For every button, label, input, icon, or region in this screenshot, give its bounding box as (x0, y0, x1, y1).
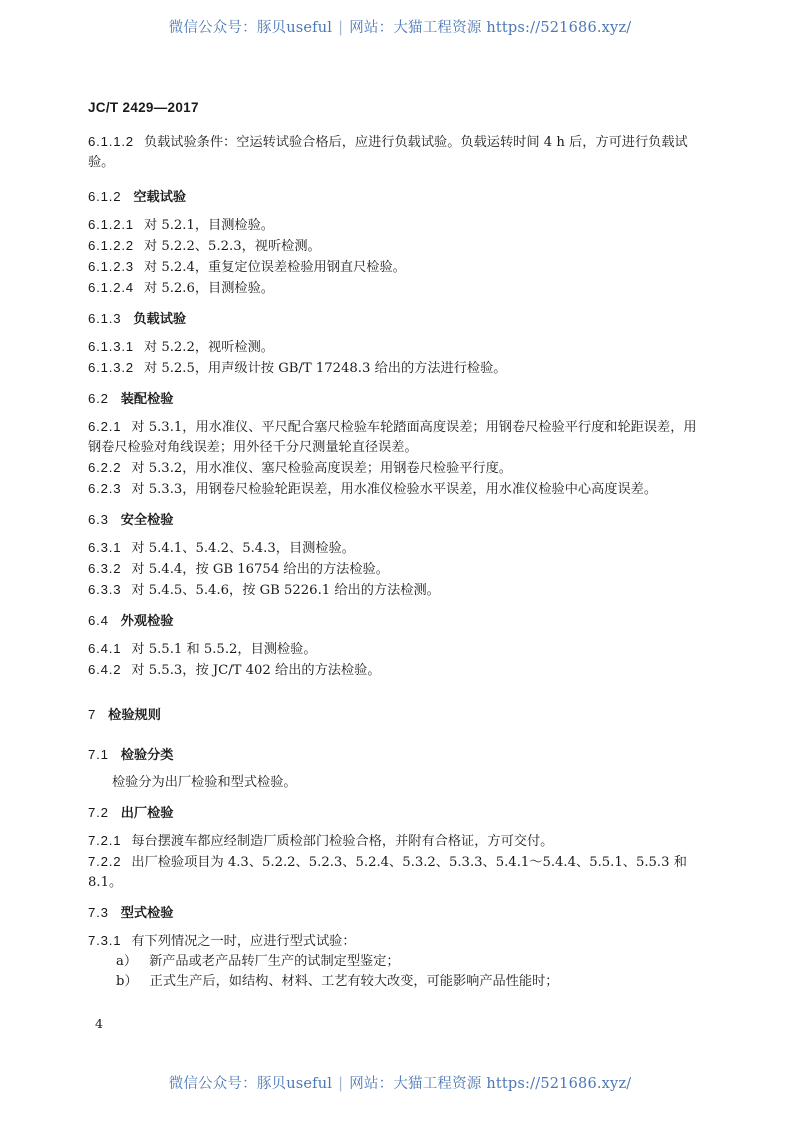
clause-6-2-1: 6.2.1对 5.3.1，用水准仪、平尺配合塞尺检验车轮踏面高度误差；用钢卷尺检… (88, 417, 708, 458)
clause-6-1-2-2: 6.1.2.2对 5.2.2、5.2.3，视听检测。 (88, 236, 708, 257)
watermark-top: 微信公众号：豚贝useful|网站：大猫工程资源 https://521686.… (0, 16, 800, 37)
clause-6-1-1-2: 6.1.1.2负载试验条件：空运转试验合格后，应进行负载试验。负载运转时间 4 … (88, 132, 708, 173)
page-number: 4 (95, 1016, 103, 1031)
watermark-wechat-text: 微信公众号：豚贝useful (169, 20, 333, 36)
clause-6-4-2: 6.4.2对 5.5.3，按 JC/T 402 给出的方法检验。 (88, 660, 708, 681)
clause-6-3-2: 6.3.2对 5.4.4，按 GB 16754 给出的方法检验。 (88, 559, 708, 580)
watermark-separator: | (338, 20, 343, 36)
heading-7: 7检验规则 (88, 705, 708, 725)
clause-6-1-2-1: 6.1.2.1对 5.2.1，目测检验。 (88, 215, 708, 236)
clause-6-2-2: 6.2.2对 5.3.2，用水准仪、塞尺检验高度误差；用钢卷尺检验平行度。 (88, 458, 708, 479)
heading-7-3: 7.3型式检验 (88, 903, 708, 923)
watermark-wechat-text: 微信公众号：豚贝useful (169, 1076, 333, 1092)
watermark-bottom: 微信公众号：豚贝useful|网站：大猫工程资源 https://521686.… (0, 1072, 800, 1093)
clause-6-3-1: 6.3.1对 5.4.1、5.4.2、5.4.3，目测检验。 (88, 538, 708, 559)
watermark-website-text: 网站：大猫工程资源 https://521686.xyz/ (349, 1076, 631, 1092)
heading-7-1: 7.1检验分类 (88, 745, 708, 765)
clause-7-2-2: 7.2.2出厂检验项目为 4.3、5.2.2、5.2.3、5.2.4、5.3.2… (88, 852, 708, 893)
heading-6-4: 6.4外观检验 (88, 611, 708, 631)
document-body: 6.1.1.2负载试验条件：空运转试验合格后，应进行负载试验。负载运转时间 4 … (88, 132, 708, 992)
heading-6-3: 6.3安全检验 (88, 510, 708, 530)
clause-6-1-2-4: 6.1.2.4对 5.2.6，目测检验。 (88, 278, 708, 299)
clause-6-3-3: 6.3.3对 5.4.5、5.4.6，按 GB 5226.1 给出的方法检测。 (88, 580, 708, 601)
watermark-separator: | (338, 1076, 343, 1092)
clause-6-4-1: 6.4.1对 5.5.1 和 5.5.2，目测检验。 (88, 639, 708, 660)
clause-7-2-1: 7.2.1每台摆渡车都应经制造厂质检部门检验合格，并附有合格证，方可交付。 (88, 831, 708, 852)
heading-6-1-2: 6.1.2空载试验 (88, 187, 708, 207)
list-item-a: a）新产品或老产品转厂生产的试制定型鉴定； (88, 952, 708, 972)
watermark-website-text: 网站：大猫工程资源 https://521686.xyz/ (349, 20, 631, 36)
heading-6-2: 6.2装配检验 (88, 389, 708, 409)
standard-code-header: JC/T 2429—2017 (88, 100, 199, 115)
clause-6-2-3: 6.2.3对 5.3.3，用钢卷尺检验轮距误差，用水准仪检验水平误差，用水准仪检… (88, 479, 708, 500)
list-item-b: b）正式生产后，如结构、材料、工艺有较大改变，可能影响产品性能时； (88, 972, 708, 992)
paragraph-7-1: 检验分为出厂检验和型式检验。 (88, 773, 708, 793)
heading-6-1-3: 6.1.3负载试验 (88, 309, 708, 329)
clause-7-3-1: 7.3.1有下列情况之一时，应进行型式试验： (88, 931, 708, 952)
clause-6-1-3-2: 6.1.3.2对 5.2.5，用声级计按 GB/T 17248.3 给出的方法进… (88, 358, 708, 379)
clause-6-1-2-3: 6.1.2.3对 5.2.4，重复定位误差检验用钢直尺检验。 (88, 257, 708, 278)
clause-6-1-3-1: 6.1.3.1对 5.2.2，视听检测。 (88, 337, 708, 358)
heading-7-2: 7.2出厂检验 (88, 803, 708, 823)
